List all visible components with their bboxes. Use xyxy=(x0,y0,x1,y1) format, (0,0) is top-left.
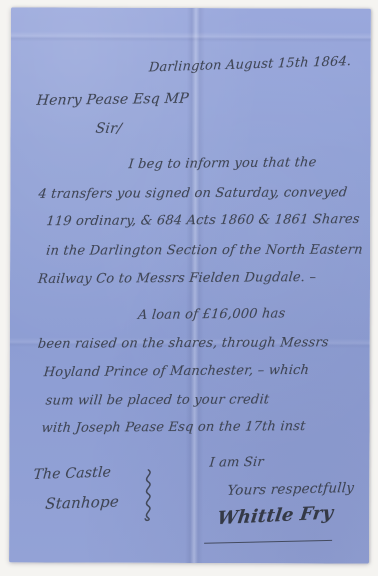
sender-address-line2: Stanhope xyxy=(45,492,120,512)
letter-body-line: I beg to inform you that the xyxy=(128,155,317,172)
letter-body-line: been raised on the shares, through Messr… xyxy=(37,335,329,352)
letter-body-line: in the Darlington Section of the North E… xyxy=(45,242,363,258)
photo-background: Darlington August 15th 1864. Henry Pease… xyxy=(0,0,378,576)
letter-body-line: 4 transfers you signed on Saturday, conv… xyxy=(38,185,348,202)
closing-yours-respectfully: Yours respectfully xyxy=(227,480,355,499)
sender-address-line1: The Castle xyxy=(33,464,112,482)
ink-squiggle-flourish xyxy=(140,468,156,524)
signature: Whittle Fry xyxy=(216,502,334,529)
letter-dateline: Darlington August 15th 1864. xyxy=(148,54,352,75)
letter-salutation: Sir/ xyxy=(95,121,123,137)
letter-body-line: A loan of £16,000 has xyxy=(137,306,286,323)
letter-body-line: Railway Co to Messrs Fielden Dugdale. – xyxy=(37,270,317,287)
letter-paper: Darlington August 15th 1864. Henry Pease… xyxy=(9,7,371,563)
letter-recipient: Henry Pease Esq MP xyxy=(36,91,190,109)
closing-i-am-sir: I am Sir xyxy=(209,455,265,471)
letter-body-line: 119 ordinary, & 684 Acts 1860 & 1861 Sha… xyxy=(45,212,360,229)
letter-body-line: with Joseph Pease Esq on the 17th inst xyxy=(41,419,306,436)
letter-body-line: sum will be placed to your credit xyxy=(45,392,270,408)
letter-body-line: Hoyland Prince of Manchester, – which xyxy=(43,363,310,380)
fold-crease-top xyxy=(11,31,371,42)
signature-underline xyxy=(204,540,332,544)
